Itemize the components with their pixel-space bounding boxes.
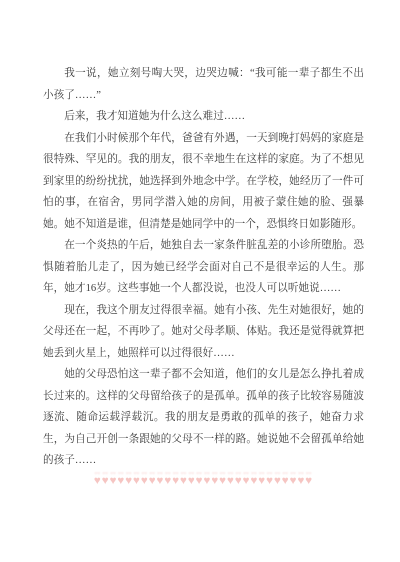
story-paragraph-6: 她的父母恐怕这一辈子都不会知道，他们的女儿是怎么挣扎着成长过来的。这样的父母留给… — [43, 364, 364, 472]
story-paragraph-1: 我一说，她立刻号啕大哭，边哭边喊：“我可能一辈子都生不出小孩了……” — [43, 63, 364, 106]
heart-icons-reflection: ♥♥♥♥♥♥♥♥♥♥♥♥♥♥♥♥♥♥♥♥♥♥♥♥♥♥♥♥ — [43, 472, 364, 477]
story-text-block: 我一说，她立刻号啕大哭，边哭边喊：“我可能一辈子都生不出小孩了……” 后来，我才… — [43, 63, 364, 472]
story-paragraph-5: 现在，我这个朋友过得很幸福。她有小孩、先生对她很好，她的父母还在一起，不再吵了。… — [43, 300, 364, 365]
story-paragraph-2: 后来，我才知道她为什么这么难过…… — [43, 106, 364, 128]
story-paragraph-3: 在我们小时候那个年代，爸爸有外遇，一天到晚打妈妈的家庭是很特殊、罕见的。我的朋友… — [43, 128, 364, 236]
hearts-divider: ♥♥♥♥♥♥♥♥♥♥♥♥♥♥♥♥♥♥♥♥♥♥♥♥♥♥♥♥ ♥♥♥♥♥♥♥♥♥♥♥… — [43, 475, 364, 482]
document-page: 我一说，她立刻号啕大哭，边哭边喊：“我可能一辈子都生不出小孩了……” 后来，我才… — [0, 0, 400, 562]
story-paragraph-4: 在一个炎热的午后，她独自去一家条件脏乱差的小诊所堕胎。恐惧随着胎儿走了，因为她已… — [43, 235, 364, 300]
